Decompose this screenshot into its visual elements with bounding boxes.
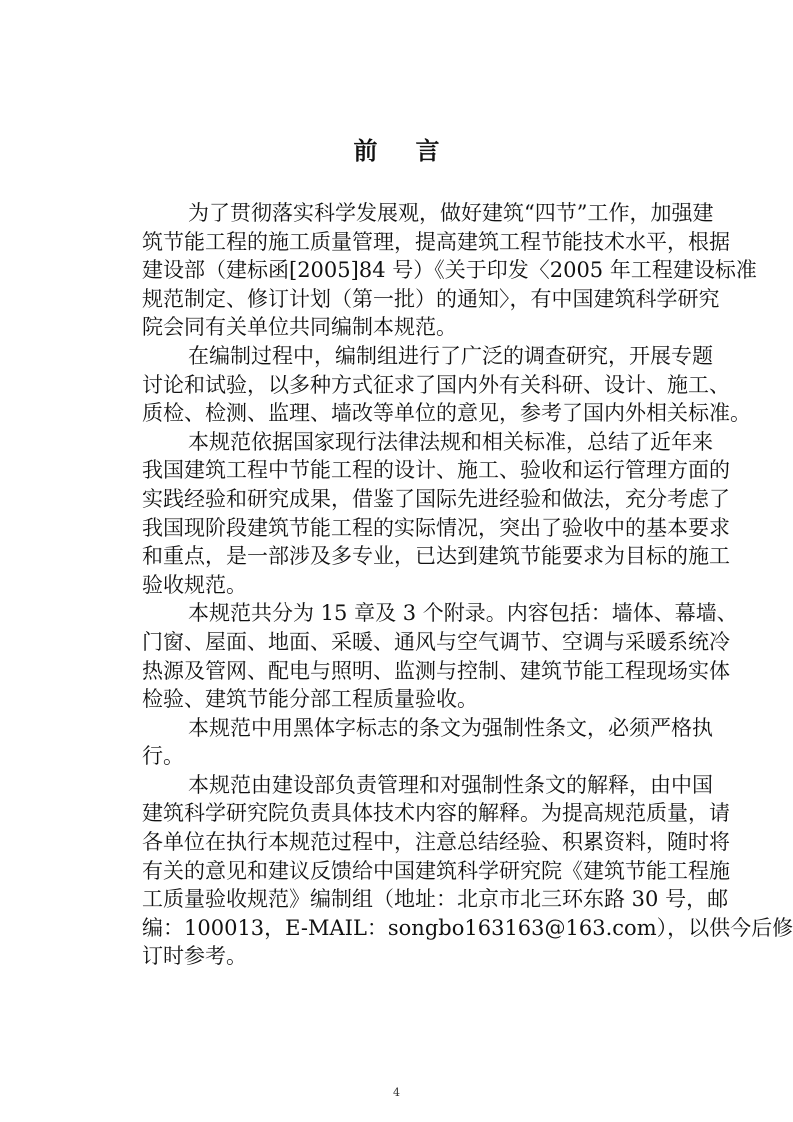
- text-line: 本规范共分为 15 章及 3 个附录。内容包括：墙体、幕墙、: [142, 599, 654, 628]
- text-line: 筑节能工程的施工质量管理，提高建筑工程节能技术水平，根据: [142, 228, 654, 257]
- text-line: 门窗、屋面、地面、采暖、通风与空气调节、空调与采暖系统冷: [142, 628, 654, 657]
- paragraph-5: 本规范中用黑体字标志的条文为强制性条文，必须严格执 行。: [142, 714, 654, 771]
- text-line: 行。: [142, 742, 654, 771]
- text-line: 在编制过程中，编制组进行了广泛的调查研究，开展专题: [142, 342, 654, 371]
- preface-body: 为了贯彻落实科学发展观，做好建筑“四节”工作，加强建 筑节能工程的施工质量管理，…: [142, 199, 654, 971]
- text-line: 本规范由建设部负责管理和对强制性条文的解释，由中国: [142, 771, 654, 800]
- text-line: 院会同有关单位共同编制本规范。: [142, 313, 654, 342]
- title-char-2: 言: [416, 136, 440, 166]
- paragraph-2: 在编制过程中，编制组进行了广泛的调查研究，开展专题 讨论和试验，以多种方式征求了…: [142, 342, 654, 428]
- text-line: 质检、检测、监理、墙改等单位的意见，参考了国内外相关标准。: [142, 399, 654, 428]
- text-line: 热源及管网、配电与照明、监测与控制、建筑节能工程现场实体: [142, 657, 654, 686]
- text-line: 订时参考。: [142, 942, 654, 971]
- text-line: 建设部（建标函[2005]84 号）《关于印发〈2005 年工程建设标准: [142, 256, 654, 285]
- title-char-1: 前: [354, 136, 378, 166]
- text-line: 我国建筑工程中节能工程的设计、施工、验收和运行管理方面的: [142, 456, 654, 485]
- page-title: 前言: [0, 136, 793, 166]
- text-line: 建筑科学研究院负责具体技术内容的解释。为提高规范质量，请: [142, 799, 654, 828]
- text-line: 规范制定、修订计划（第一批）的通知〉，有中国建筑科学研究: [142, 285, 654, 314]
- text-line: 本规范中用黑体字标志的条文为强制性条文，必须严格执: [142, 714, 654, 743]
- text-line: 本规范依据国家现行法律法规和相关标准，总结了近年来: [142, 428, 654, 457]
- paragraph-3: 本规范依据国家现行法律法规和相关标准，总结了近年来 我国建筑工程中节能工程的设计…: [142, 428, 654, 600]
- text-line: 有关的意见和建议反馈给中国建筑科学研究院《建筑节能工程施: [142, 857, 654, 886]
- text-line: 各单位在执行本规范过程中，注意总结经验、积累资料，随时将: [142, 828, 654, 857]
- text-line: 验收规范。: [142, 571, 654, 600]
- document-page: 前言 为了贯彻落实科学发展观，做好建筑“四节”工作，加强建 筑节能工程的施工质量…: [0, 0, 793, 1122]
- page-number: 4: [0, 1086, 793, 1099]
- text-line: 和重点，是一部涉及多专业，已达到建筑节能要求为目标的施工: [142, 542, 654, 571]
- text-line: 检验、建筑节能分部工程质量验收。: [142, 685, 654, 714]
- paragraph-1: 为了贯彻落实科学发展观，做好建筑“四节”工作，加强建 筑节能工程的施工质量管理，…: [142, 199, 654, 342]
- text-line: 编：100013，E-MAIL：songbo163163@163.com），以供…: [142, 914, 654, 943]
- text-line: 实践经验和研究成果，借鉴了国际先进经验和做法，充分考虑了: [142, 485, 654, 514]
- text-line: 工质量验收规范》编制组（地址：北京市北三环东路 30 号，邮: [142, 885, 654, 914]
- text-line: 讨论和试验，以多种方式征求了国内外有关科研、设计、施工、: [142, 371, 654, 400]
- paragraph-4: 本规范共分为 15 章及 3 个附录。内容包括：墙体、幕墙、 门窗、屋面、地面、…: [142, 599, 654, 713]
- paragraph-6: 本规范由建设部负责管理和对强制性条文的解释，由中国 建筑科学研究院负责具体技术内…: [142, 771, 654, 971]
- text-line: 我国现阶段建筑节能工程的实际情况，突出了验收中的基本要求: [142, 514, 654, 543]
- text-line: 为了贯彻落实科学发展观，做好建筑“四节”工作，加强建: [142, 199, 654, 228]
